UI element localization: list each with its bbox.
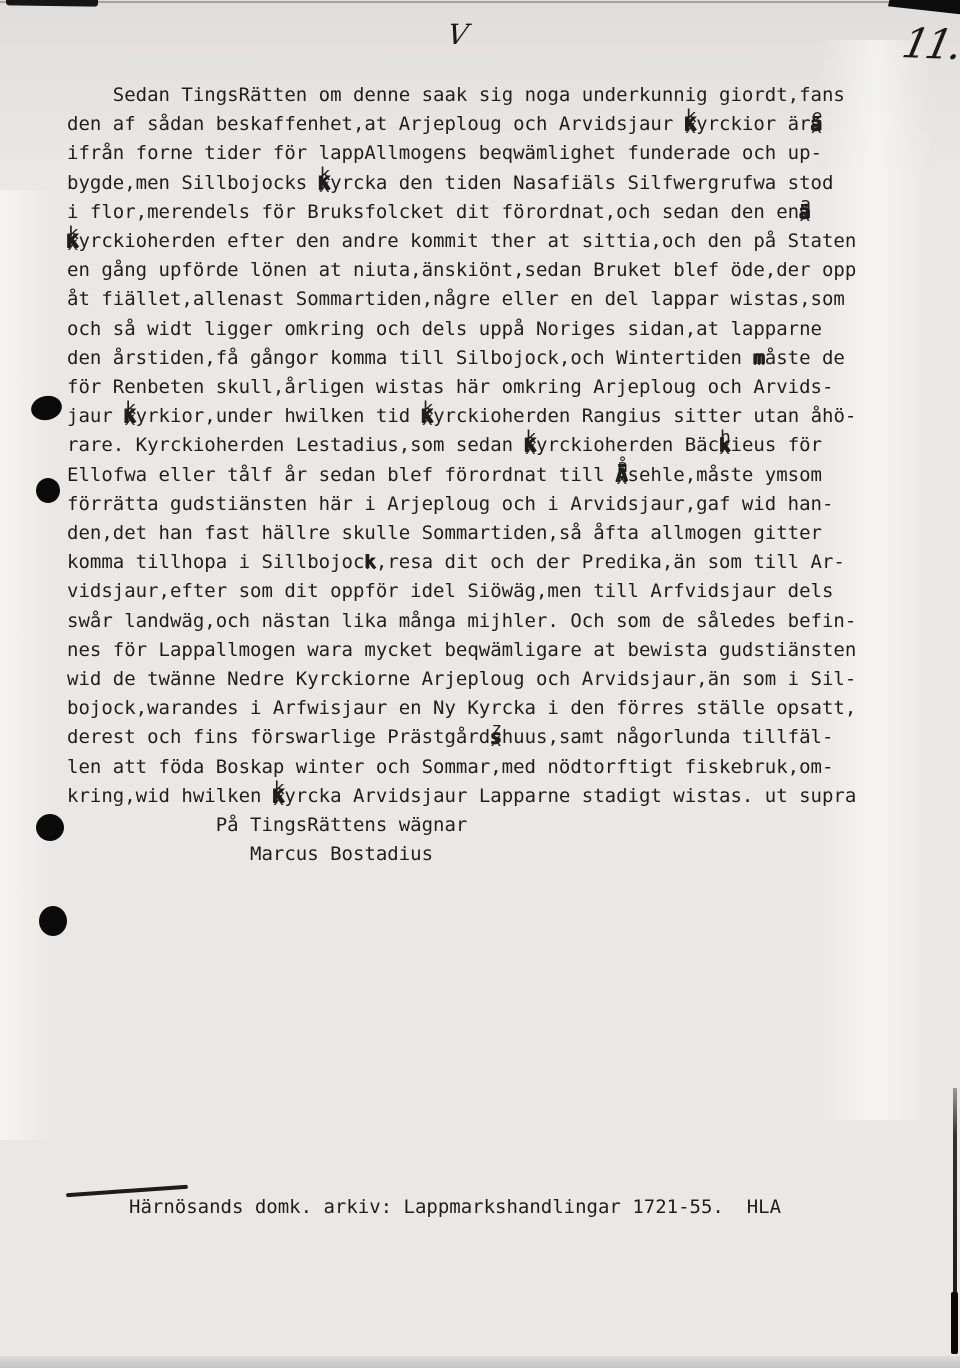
text-line: den årstiden,få gångor komma till Silboj… [67,344,856,373]
scan-shading-left [0,190,55,1140]
text-line: wid de twänne Nedre Kyrckiorne Arjeploug… [67,665,856,694]
text-line: Sedan TingsRätten om denne saak sig noga… [67,81,856,110]
typed-overstrike-correction: Kxk [422,405,433,427]
text-line: På TingsRättens wägnar [67,811,856,840]
text-line: nes för Lappallmogen wara mycket beqwäml… [67,636,856,665]
typed-overstrike-correction: Kxk [319,172,330,194]
text-line: den,det han fast hällre skulle Sommartid… [67,519,856,548]
scan-edge-bottom [0,1356,960,1368]
text-line: bojock,warandes i Arfwisjaur en Ny Kyrck… [67,694,856,723]
text-line: åt fiället,allenast Sommartiden,någre el… [67,285,856,314]
text-line: och så widt ligger omkring och dels uppå… [67,315,856,344]
text-line: ifrån forne tider för lappAllmogens beqw… [67,139,856,168]
typewritten-body: Sedan TingsRätten om denne saak sig noga… [67,81,856,869]
text-line: rare. Kyrckioherden Lestadius,som sedan … [67,431,856,460]
handwritten-page-number: 11. [898,19,960,69]
punch-hole-mark [39,906,67,936]
text-line: derest och fins förswarlige Prästgårdsxz… [67,723,856,752]
text-line: len att föda Boskap winter och Sommar,me… [67,753,856,782]
typed-overstrike-correction: sxz [490,726,501,748]
scan-edge-right-blob [951,1292,958,1354]
text-line: för Renbeten skull,årligen wistas här om… [67,373,856,402]
punch-hole-mark [36,478,60,503]
text-line: i flor,merendels för Bruksfolcket dit fö… [67,198,856,227]
text-line: swår landwäg,och nästan lika många mijhl… [67,607,856,636]
typed-overstrike-correction: Kxk [525,434,536,456]
scan-edge-top [0,1,960,3]
typed-overstrike-correction: Kxk [685,113,696,135]
text-line: bygde,men Sillbojocks Kxkyrcka den tiden… [67,169,856,198]
typed-overstrike-correction: Kxk [67,230,78,252]
typed-overstrike-correction: äxe [811,113,822,135]
punch-hole-mark [36,814,64,841]
typed-smudge: k [364,551,375,573]
text-line: Ellofwa eller tålf år sedan blef förordn… [67,461,856,490]
typed-overstrike-correction: Kxk [124,405,135,427]
typed-overstrike-correction: äxa [799,201,810,223]
text-line: komma tillhopa i Sillbojock,resa dit och… [67,548,856,577]
handwritten-dash [66,1185,188,1197]
typed-smudge: m [753,347,764,369]
text-line: den af sådan beskaffenhet,at Arjeploug o… [67,110,856,139]
text-line: kring,wid hwilken Kxkyrcka Arvidsjaur La… [67,782,856,811]
document-page: V 11. Sedan TingsRätten om denne saak si… [0,0,960,1368]
text-line: vidsjaur,efter som dit oppför idel Siöwä… [67,577,856,606]
typed-overstrike-correction: Kxk [273,785,284,807]
citation-line: Härnösands domk. arkiv: Lappmarkshandlin… [129,1196,781,1218]
typed-overstrike-correction: kxh [719,434,730,456]
typed-overstrike-correction: Äxå [616,464,627,486]
text-line: Marcus Bostadius [67,840,856,869]
text-line: Kxkyrckioherden efter den andre kommit t… [67,227,856,256]
text-line: förrätta gudstiänsten här i Arjeploug oc… [67,490,856,519]
text-line: en gång upförde lönen at niuta,änskiönt,… [67,256,856,285]
text-line: jaur Kxkyrkior,under hwilken tid Kxkyrck… [67,402,856,431]
